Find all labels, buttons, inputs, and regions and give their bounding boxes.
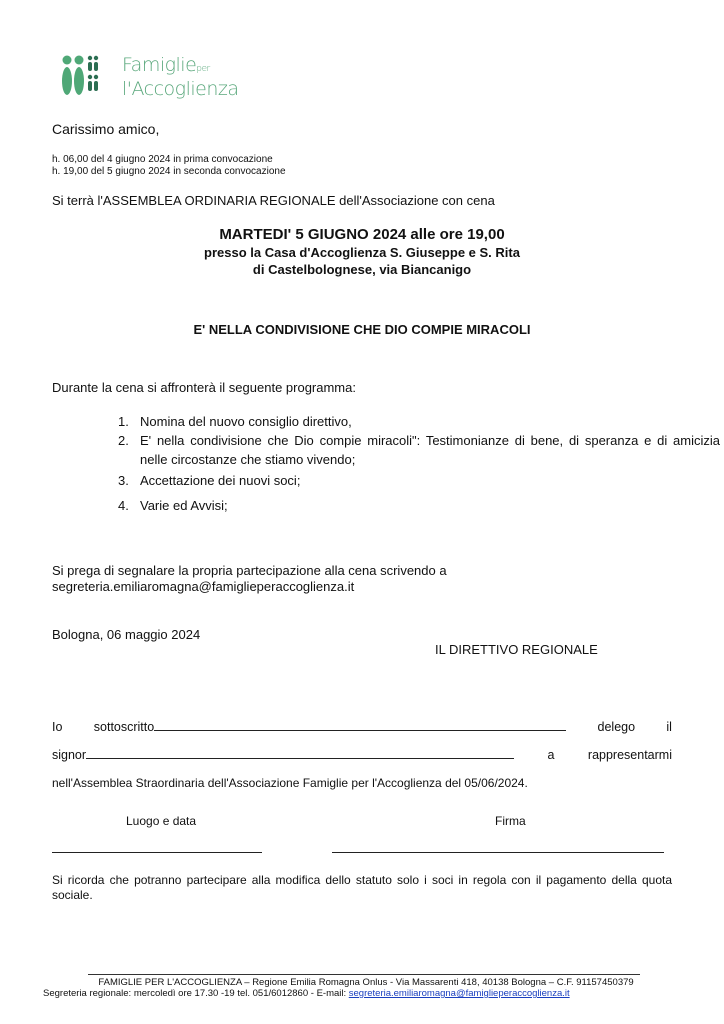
event-place-line2: di Castelbolognese, via Biancanigo [0, 262, 724, 277]
signature-label: Firma [495, 814, 526, 828]
footer-contacts: Segreteria regionale: mercoledì ore 17.3… [43, 988, 570, 999]
signature-board: IL DIRETTIVO REGIONALE [435, 642, 598, 657]
place-date-field[interactable] [52, 852, 262, 853]
convocation-second: h. 19,00 del 5 giugno 2024 in seconda co… [52, 166, 286, 178]
program-list: 1.Nomina del nuovo consiglio direttivo, … [100, 412, 720, 515]
event-place-line1: presso la Casa d'Accoglienza S. Giuseppe… [0, 245, 724, 260]
program-item: 4.Varie ed Avvisi; [140, 496, 720, 515]
rsvp-email[interactable]: segreteria.emiliaromagna@famiglieperacco… [52, 579, 354, 594]
footer-email-link[interactable]: segreteria.emiliaromagna@famiglieperacco… [349, 988, 570, 999]
footer-divider [88, 974, 640, 975]
proxy-line-1: Io sottoscritto delego il [52, 716, 672, 734]
place-date-label: Luogo e data [126, 814, 196, 828]
people-logo-icon [60, 55, 108, 97]
rsvp-text: Si prega di segnalare la propria parteci… [52, 563, 447, 578]
greeting: Carissimo amico, [52, 121, 159, 137]
program-intro: Durante la cena si affronterà il seguent… [52, 380, 356, 395]
program-item: 1.Nomina del nuovo consiglio direttivo, [140, 412, 720, 431]
signature-field[interactable] [332, 852, 664, 853]
proxy-line-2: signor a rappresentarmi [52, 744, 672, 762]
logo-text: Famiglieper l'Accoglienza [122, 55, 239, 99]
undersigned-name-field[interactable] [154, 729, 566, 731]
program-item: 2.E' nella condivisione che Dio compie m… [140, 431, 720, 469]
footer-address: FAMIGLIE PER L'ACCOGLIENZA – Regione Emi… [0, 977, 724, 988]
event-date: MARTEDI' 5 GIUGNO 2024 alle ore 19,00 [0, 226, 724, 243]
motto: E' NELLA CONDIVISIONE CHE DIO COMPIE MIR… [0, 322, 724, 337]
proxy-line-3: nell'Assemblea Straordinaria dell'Associ… [52, 776, 528, 790]
assembly-intro: Si terrà l'ASSEMBLEA ORDINARIA REGIONALE… [52, 193, 495, 208]
place-date: Bologna, 06 maggio 2024 [52, 627, 200, 642]
convocation-first: h. 06,00 del 4 giugno 2024 in prima conv… [52, 154, 273, 166]
organization-logo: Famiglieper l'Accoglienza [60, 55, 260, 100]
delegate-name-field[interactable] [86, 757, 514, 759]
program-item: 3.Accettazione dei nuovi soci; [140, 471, 720, 490]
membership-note: Si ricorda che potranno partecipare alla… [52, 873, 672, 903]
